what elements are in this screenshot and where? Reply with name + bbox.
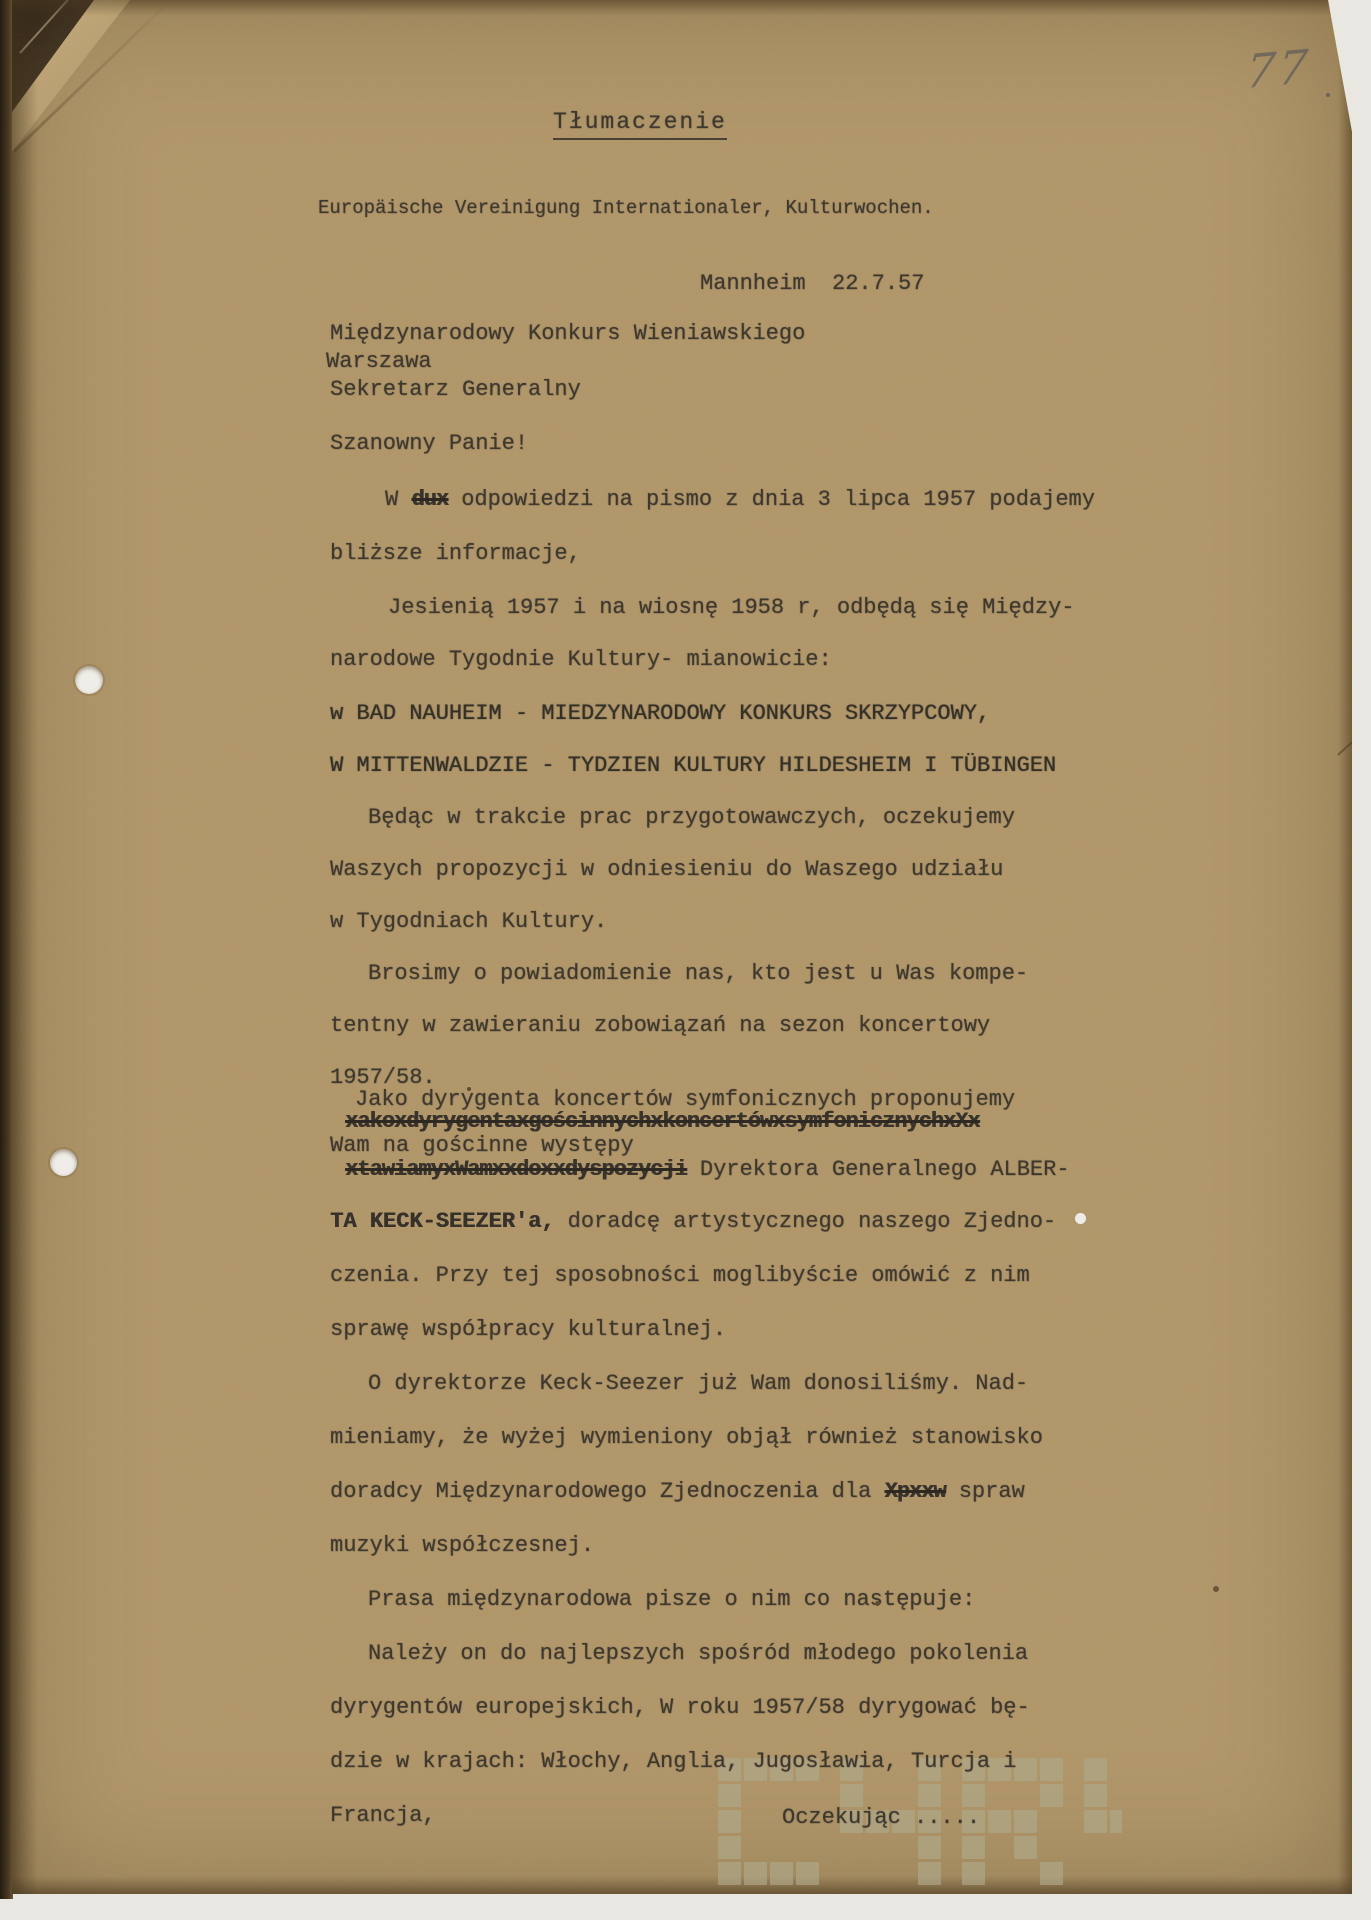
- watermark-pixel: [1110, 1810, 1122, 1833]
- watermark-pixel: [1084, 1810, 1107, 1833]
- page-number-annotation: 77: [1244, 39, 1313, 99]
- dateline: Mannheim 22.7.57: [700, 272, 924, 296]
- punch-hole: [75, 666, 103, 694]
- watermark-pixel: [918, 1784, 941, 1807]
- recipient-line: Warszawa: [326, 350, 432, 374]
- scanned-document: 77 TłumaczenieEuropäische Vereinigung In…: [0, 0, 1371, 1920]
- recipient-line: Międzynarodowy Konkurs Wieniawskiego: [330, 322, 805, 346]
- organization-name: Europäische Vereinigung Internationaler,…: [318, 196, 934, 220]
- watermark-pixel: [1014, 1836, 1037, 1859]
- typed-text-layer: 77 TłumaczenieEuropäische Vereinigung In…: [0, 0, 1371, 1920]
- watermark-pixel: [988, 1810, 1011, 1833]
- typed-line: czenia. Przy tej sposobności moglibyście…: [330, 1264, 1030, 1288]
- document-title: Tłumaczenie: [553, 110, 727, 140]
- salutation: Szanowny Panie!: [330, 432, 528, 456]
- watermark-pixel: [796, 1862, 819, 1885]
- watermark-pixel: [1040, 1784, 1063, 1807]
- watermark-pixel: [1040, 1862, 1063, 1885]
- typed-line: Będąc w trakcie prac przygotowawczych, o…: [368, 806, 1015, 830]
- typed-line: dyrygentów europejskich, W roku 1957/58 …: [330, 1696, 1030, 1720]
- typed-line: Waszych propozycji w odniesieniu do Wasz…: [330, 858, 1003, 882]
- paper-speck: [467, 1087, 471, 1091]
- watermark-pixel: [1014, 1810, 1037, 1833]
- paper-speck: [1075, 1213, 1086, 1224]
- typed-line: TA KECK-SEEZER'a, doradcę artystycznego …: [330, 1210, 1056, 1234]
- typed-line: Francja,: [330, 1804, 436, 1828]
- typed-line: Należy on do najlepszych spośród młodego…: [368, 1642, 1028, 1666]
- typed-line: Oczekując .....: [782, 1806, 980, 1830]
- watermark-pixel: [1084, 1784, 1107, 1807]
- watermark-pixel: [962, 1862, 985, 1885]
- typed-line: Prasa międzynarodowa pisze o nim co nast…: [368, 1588, 975, 1612]
- watermark-pixel: [718, 1810, 741, 1833]
- watermark-pixel: [1014, 1758, 1037, 1781]
- watermark-pixel: [718, 1836, 741, 1859]
- typed-line: xtawiamyxWamxxdoxxdyspozycji Dyrektora G…: [345, 1158, 1070, 1182]
- watermark-pixel: [718, 1784, 741, 1807]
- watermark-pixel: [840, 1784, 863, 1807]
- watermark-pixel: [718, 1862, 741, 1885]
- paper-speck: [875, 1601, 880, 1606]
- typed-line: tentny w zawieraniu zobowiązań na sezon …: [330, 1014, 990, 1038]
- typed-line: Wam na gościnne występy: [330, 1134, 634, 1158]
- paper-speck: [1326, 93, 1330, 97]
- typed-line: sprawę współpracy kulturalnej.: [330, 1318, 726, 1342]
- watermark-pixel: [744, 1862, 767, 1885]
- watermark-pixel: [962, 1784, 985, 1807]
- typed-line: dzie w krajach: Włochy, Anglia, Jugosław…: [330, 1750, 1017, 1774]
- watermark-pixel: [1084, 1758, 1107, 1781]
- typed-line: doradcy Międzynarodowego Zjednoczenia dl…: [330, 1480, 1025, 1504]
- watermark-pixel: [770, 1862, 793, 1885]
- watermark-pixel: [962, 1836, 985, 1859]
- typed-line: Brosimy o powiadomienie nas, kto jest u …: [368, 962, 1028, 986]
- watermark-pixel: [918, 1862, 941, 1885]
- punch-hole: [50, 1149, 77, 1176]
- typed-line: O dyrektorze Keck-Seezer już Wam donosil…: [368, 1372, 1028, 1396]
- watermark-pixel: [918, 1836, 941, 1859]
- paper-speck: [1213, 1586, 1219, 1592]
- watermark-pixel: [1040, 1758, 1063, 1781]
- typed-line: W MITTENWALDZIE - TYDZIEN KULTURY HILDES…: [330, 754, 1056, 778]
- typed-line: bliższe informacje,: [330, 542, 581, 566]
- typed-line: Jesienią 1957 i na wiosnę 1958 r, odbędą…: [388, 596, 1075, 620]
- recipient-line: Sekretarz Generalny: [330, 378, 581, 402]
- typed-line: w BAD NAUHEIM - MIEDZYNARODOWY KONKURS S…: [330, 702, 990, 726]
- typed-line: narodowe Tygodnie Kultury- mianowicie:: [330, 648, 832, 672]
- typed-line: mieniamy, że wyżej wymieniony objął równ…: [330, 1426, 1043, 1450]
- typed-line: w Tygodniach Kultury.: [330, 910, 607, 934]
- typed-line: W dux odpowiedzi na pismo z dnia 3 lipca…: [385, 488, 1095, 512]
- typed-line: muzyki współczesnej.: [330, 1534, 594, 1558]
- typed-line: xakoxdyrygentaxgościnnychxkoncertówxsymf…: [345, 1110, 980, 1134]
